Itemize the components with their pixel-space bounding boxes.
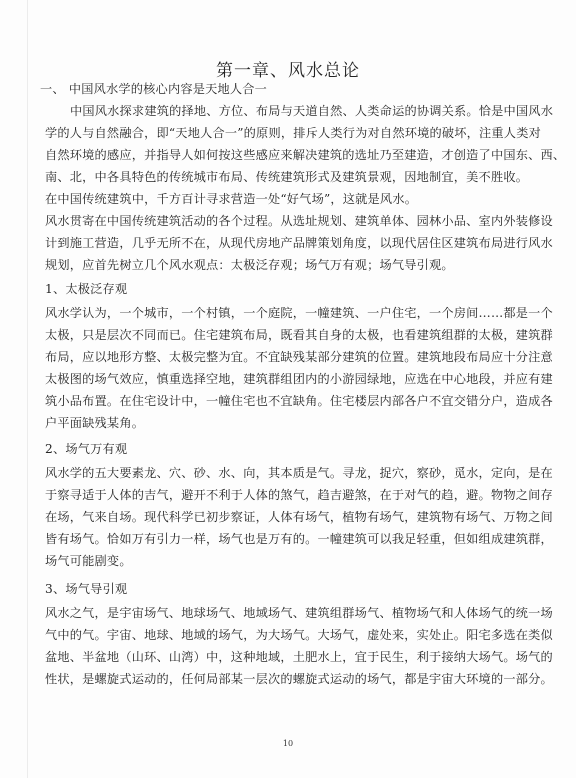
paragraph-line: 性状，是螺旋式运动的，任何局部某一层次的螺旋式运动的场气，都是宇宙大环境的一部分… [45, 668, 545, 690]
paragraph-line: 于察寻适于人体的吉气，避开不利于人体的煞气，趋吉避煞，在于对气的趋，避。物物之间… [45, 484, 545, 506]
paragraph-line: 风水贯寄在中国传统建筑活动的各个过程。从选址规划、建筑单体、园林小品、室内外装修… [45, 210, 545, 232]
paragraph-line: 气中的气。宇宙、地球、地域的场气，为大场气。大场气，虚处来，实处止。阳宅多选在类… [45, 624, 545, 646]
paragraph-line: 盆地、半盆地（山环、山湾）中，这种地域，土肥水上，宜于民生，利于接纳大场气。场气… [45, 646, 545, 668]
paragraph-line: 风水学的五大要素龙、穴、砂、水、向，其本质是气。寻龙，捉穴，察砂，觅水，定向，是… [45, 462, 545, 484]
paragraph-line: 在中国传统建筑中，千方百计寻求营造一处“好气场”，这就是风水。 [45, 188, 545, 210]
paragraph-line: 学的人与自然融合，即“天地人合一”的原则，排斥人类行为对自然环境的破坏，注重人类… [45, 122, 545, 144]
paragraph-line: 布局，应以地形方整、太极完整为宜。不宜缺残某部分建筑的位置。建筑地段布局应十分注… [45, 346, 545, 368]
page-number: 10 [0, 739, 576, 748]
paragraph-line: 自然环境的感应，并指导人如何按这些感应来解决建筑的选址乃至建造，才创造了中国东、… [45, 144, 545, 166]
paragraph-line: 在场，气来自场。现代科学已初步察证，人体有场气，植物有场气，建筑物有场气、万物之… [45, 506, 545, 528]
paragraph-line: 皆有场气。恰如万有引力一样，场气也是万有的。一幢建筑可以我足轻重，但如组成建筑群… [45, 528, 545, 550]
paragraph-line: 风水学认为，一个城市，一个村镇，一个庭院，一幢建筑、一户住宅，一个房间……都是一… [45, 302, 545, 324]
section-heading-1: 一、 中国风水学的核心内容是天地人合一 [40, 78, 540, 100]
paragraph-line: 南、北，中各具特色的传统城市布局、传统建筑形式及建筑景观，因地制宜，美不胜收。 [45, 166, 545, 188]
paragraph-line: 规划，应首先树立几个风水观点：太极泛存观；场气万有观；场气导引观。 [45, 254, 545, 276]
scan-edge-line [27, 0, 28, 778]
subsection-heading-3: 3、场气导引观 [45, 578, 545, 600]
paragraph-line: 户平面缺残某角。 [45, 412, 545, 434]
document-page: 第一章、风水总论 一、 中国风水学的核心内容是天地人合一 中国风水探求建筑的择地… [0, 0, 576, 778]
paragraph-line: 太极图的场气效应，慎重选择空地，建筑群组团内的小游园绿地，应选在中心地段，并应有… [45, 368, 545, 390]
paragraph-line: 中国风水探求建筑的择地、方位、布局与天道自然、人类命运的协调关系。恰是中国风水 [70, 100, 570, 122]
subsection-heading-1: 1、太极泛存观 [45, 278, 545, 300]
paragraph-line: 场气可能剧变。 [45, 550, 545, 572]
paragraph-line: 太极，只是层次不同而已。住宅建筑布局，既看其自身的太极，也看建筑组群的太极，建筑… [45, 324, 545, 346]
paragraph-line: 风水之气，是宇宙场气、地球场气、地域场气、建筑组群场气、植物场气和人体场气的统一… [45, 602, 545, 624]
paragraph-line: 筑小品布置。在住宅设计中，一幢住宅也不宜缺角。住宅楼层内部各户不宜交错分户，造成… [45, 390, 545, 412]
subsection-heading-2: 2、场气万有观 [45, 438, 545, 460]
paragraph-line: 计到施工营造，几乎无所不在，从现代房地产品牌策划角度，以现代居住区建筑布局进行风… [45, 232, 545, 254]
